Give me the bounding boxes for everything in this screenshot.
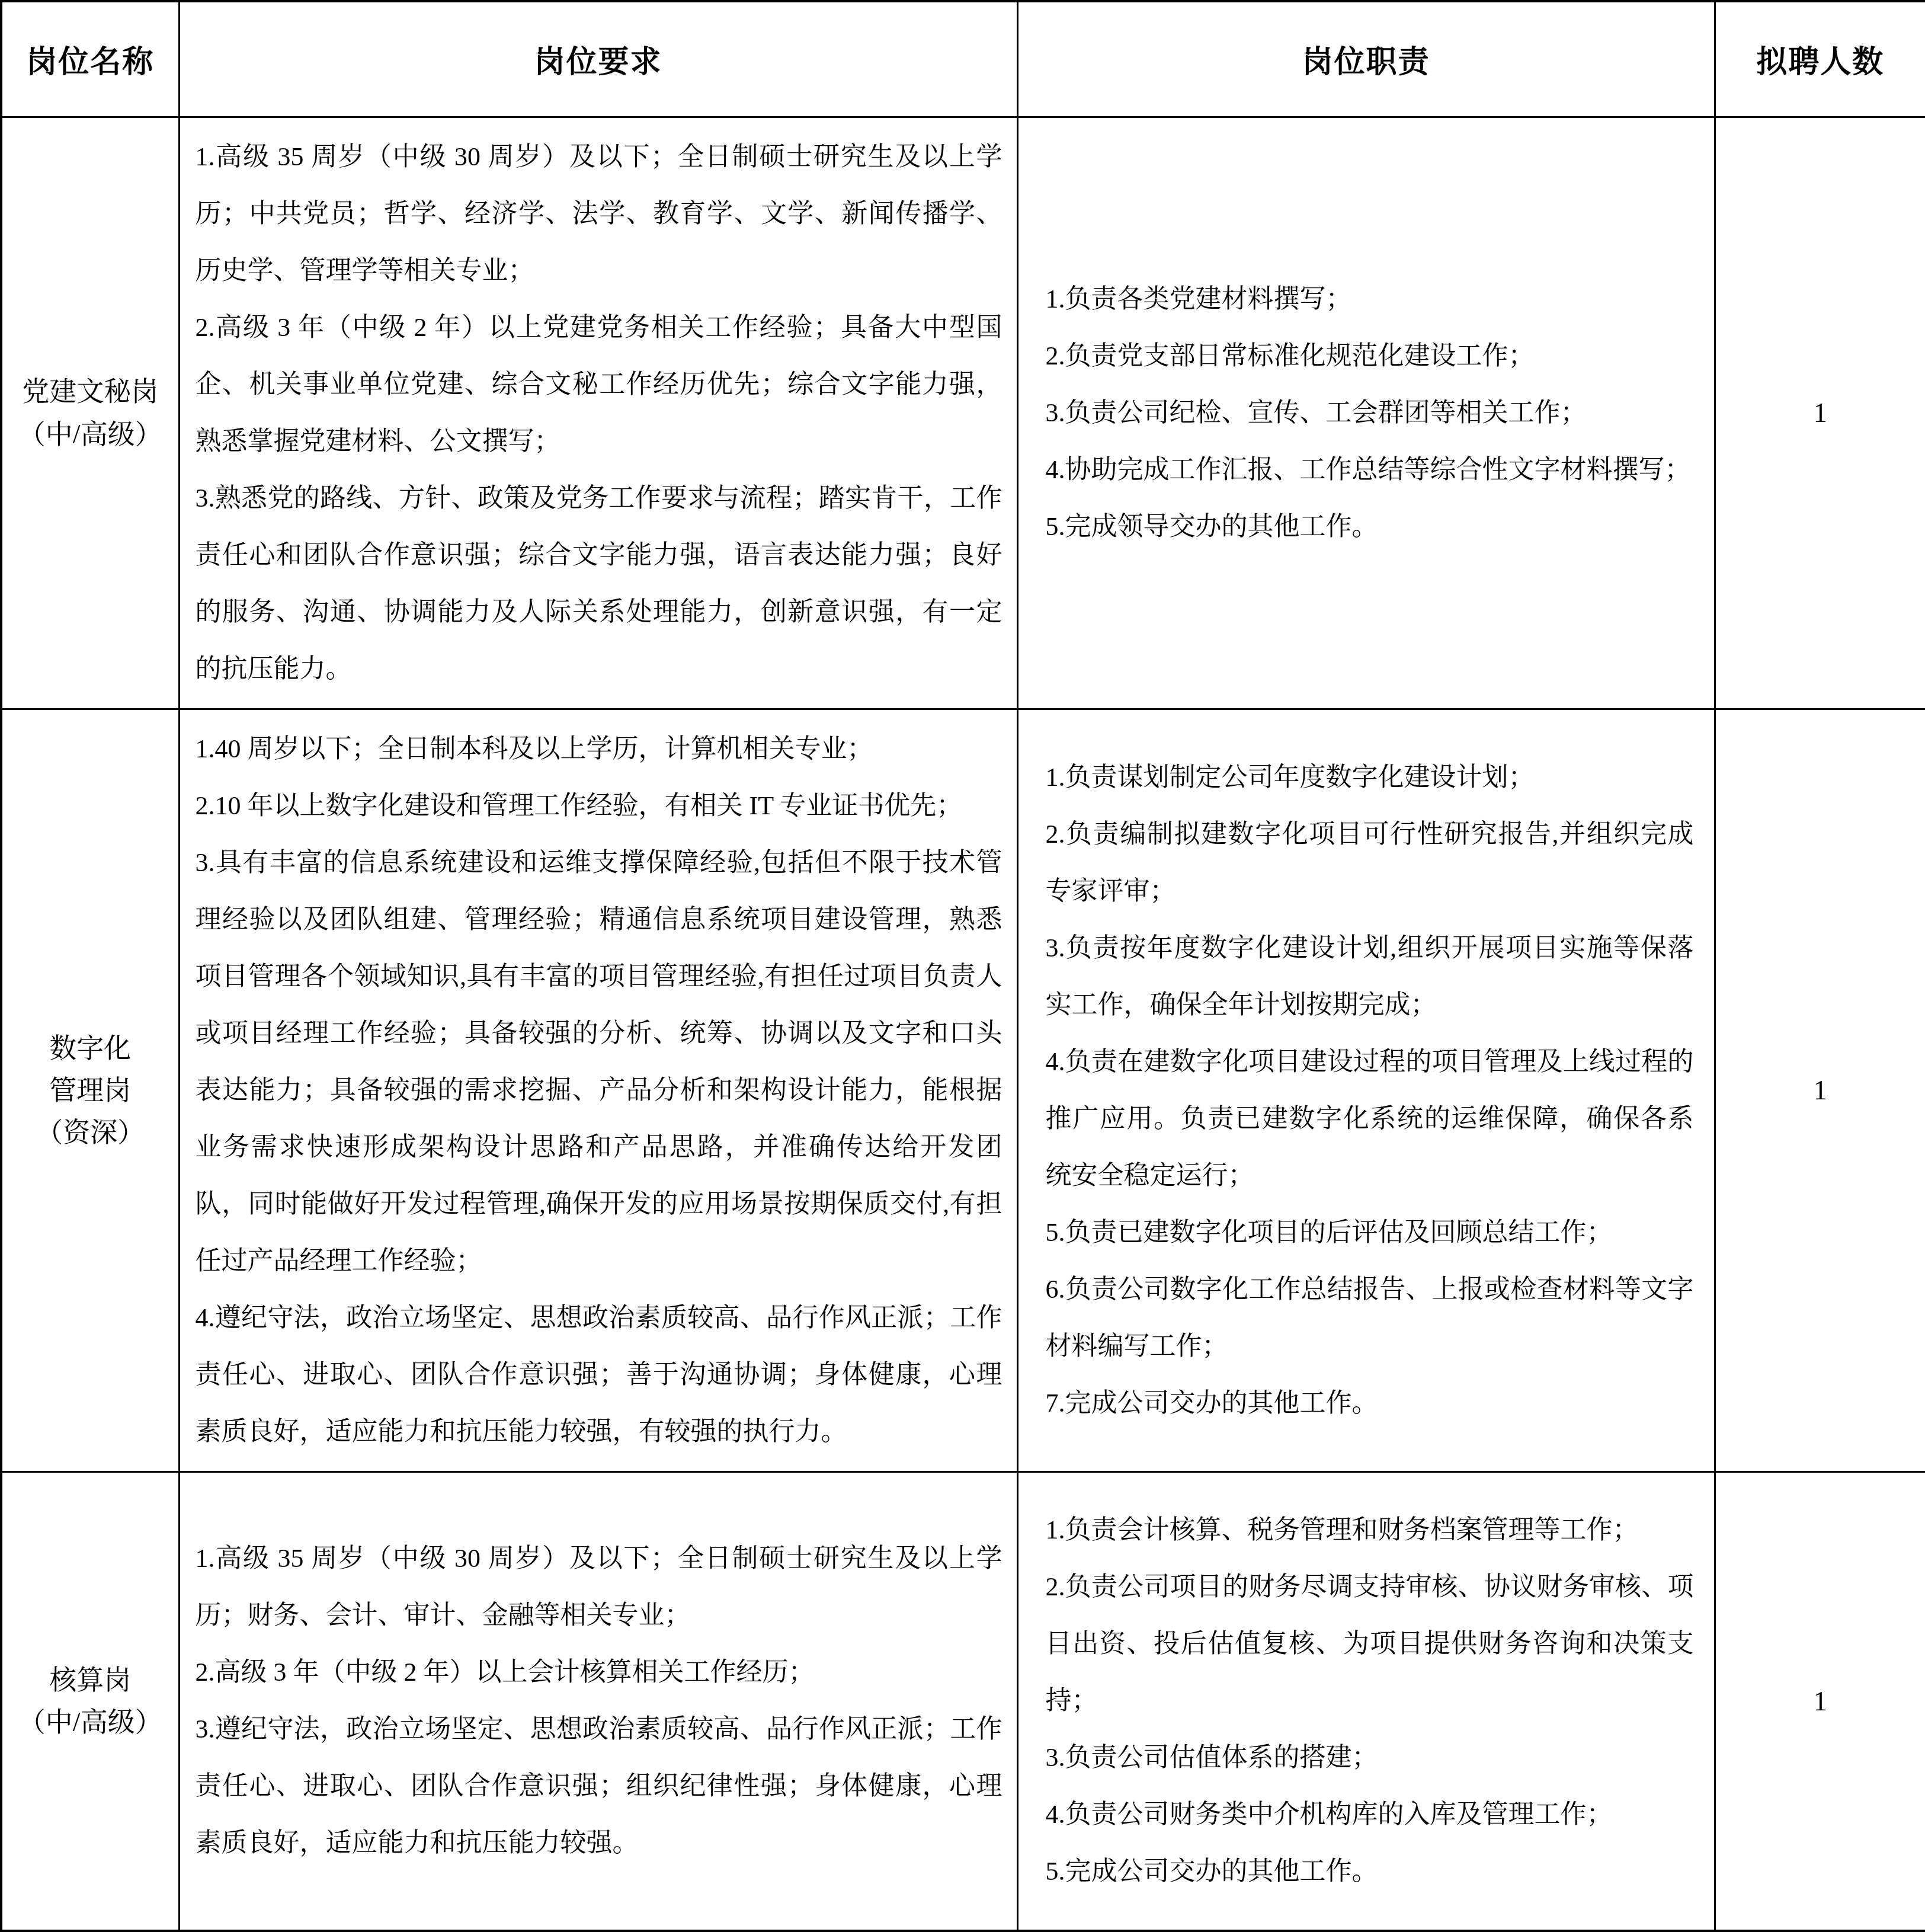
headcount-cell: 1 — [1715, 1472, 1925, 1931]
table-row: 数字化 管理岗 （资深） 1.40 周岁以下；全日制本科及以上学历，计算机相关专… — [1, 709, 1925, 1472]
requirements-cell: 1.40 周岁以下；全日制本科及以上学历，计算机相关专业； 2.10 年以上数字… — [179, 709, 1017, 1472]
table-row: 核算岗 （中/高级） 1.高级 35 周岁（中级 30 周岁）及以下；全日制硕士… — [1, 1472, 1925, 1931]
duties-cell: 1.负责会计核算、税务管理和财务档案管理等工作； 2.负责公司项目的财务尽调支持… — [1017, 1472, 1715, 1931]
recruitment-table: 岗位名称 岗位要求 岗位职责 拟聘人数 党建文秘岗 （中/高级） 1.高级 35… — [0, 0, 1925, 1932]
header-requirements: 岗位要求 — [179, 1, 1017, 117]
requirements-cell: 1.高级 35 周岁（中级 30 周岁）及以下；全日制硕士研究生及以上学历；财务… — [179, 1472, 1017, 1931]
position-name-cell: 核算岗 （中/高级） — [1, 1472, 179, 1931]
headcount-cell: 1 — [1715, 117, 1925, 709]
header-headcount: 拟聘人数 — [1715, 1, 1925, 117]
header-position-name: 岗位名称 — [1, 1, 179, 117]
requirements-cell: 1.高级 35 周岁（中级 30 周岁）及以下；全日制硕士研究生及以上学历；中共… — [179, 117, 1017, 709]
table-row: 党建文秘岗 （中/高级） 1.高级 35 周岁（中级 30 周岁）及以下；全日制… — [1, 117, 1925, 709]
position-name-cell: 党建文秘岗 （中/高级） — [1, 117, 179, 709]
duties-cell: 1.负责谋划制定公司年度数字化建设计划； 2.负责编制拟建数字化项目可行性研究报… — [1017, 709, 1715, 1472]
headcount-cell: 1 — [1715, 709, 1925, 1472]
position-name-cell: 数字化 管理岗 （资深） — [1, 709, 179, 1472]
duties-cell: 1.负责各类党建材料撰写； 2.负责党支部日常标准化规范化建设工作； 3.负责公… — [1017, 117, 1715, 709]
header-row: 岗位名称 岗位要求 岗位职责 拟聘人数 — [1, 1, 1925, 117]
header-duties: 岗位职责 — [1017, 1, 1715, 117]
